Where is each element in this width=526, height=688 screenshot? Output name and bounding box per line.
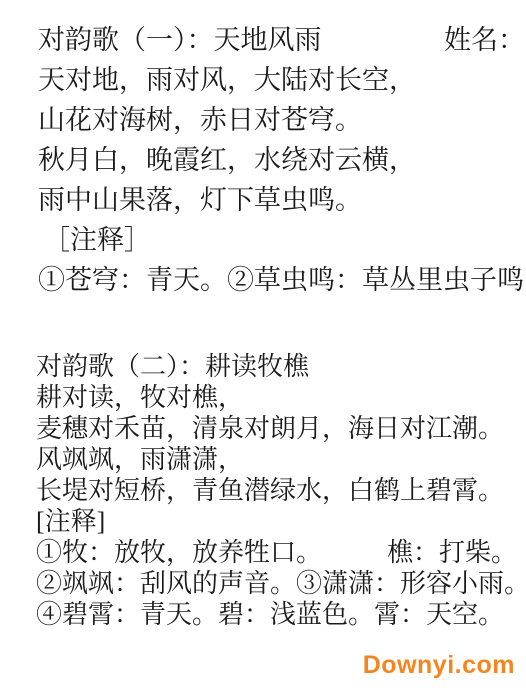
notes-header: ［注释］ <box>38 220 526 260</box>
poem-line: 天对地，雨对风，大陆对长空， <box>38 60 526 100</box>
poem-line: 耕对读，牧对樵， <box>36 382 526 413</box>
poem-line: 风飒飒，雨潇潇， <box>36 444 526 475</box>
worksheet-page: 对韵歌（一）：天地风雨 姓名： 天对地，雨对风，大陆对长空， 山花对海树，赤日对… <box>0 0 526 688</box>
student-name-label: 姓名： <box>444 20 525 60</box>
poem-line: 麦穗对禾苗，清泉对朗月，海日对江潮。 <box>36 413 526 444</box>
poem-line: 长堤对短桥，青鱼潜绿水，白鹤上碧霄。 <box>36 475 526 506</box>
note-line: ④碧霄：青天。碧：浅蓝色。霄：天空。 <box>36 599 526 630</box>
section-one-title: 对韵歌（一）：天地风雨 <box>38 20 322 60</box>
section-two-title: 对韵歌（二）：耕读牧樵 <box>36 351 526 382</box>
note-line: ①牧：放牧，放养牲口。 樵：打柴。 <box>36 537 526 568</box>
section-one-header-row: 对韵歌（一）：天地风雨 姓名： <box>38 20 525 60</box>
poem-line: 山花对海树，赤日对苍穹。 <box>38 100 526 140</box>
note-line: ①苍穹：青天。②草虫鸣：草丛里虫子鸣叫。 <box>38 260 526 300</box>
section-poem-one: 对韵歌（一）：天地风雨 姓名： 天对地，雨对风，大陆对长空， 山花对海树，赤日对… <box>38 20 526 300</box>
section-poem-two: 对韵歌（二）：耕读牧樵 耕对读，牧对樵， 麦穗对禾苗，清泉对朗月，海日对江潮。 … <box>36 351 526 630</box>
poem-line: 秋月白，晚霞红，水绕对云横， <box>38 140 526 180</box>
watermark-logo: Downyi.com <box>363 651 515 680</box>
notes-header: [注释] <box>36 506 526 537</box>
poem-line: 雨中山果落，灯下草虫鸣。 <box>38 180 526 220</box>
note-line: ②飒飒：刮风的声音。③潇潇：形容小雨。 <box>36 568 526 599</box>
